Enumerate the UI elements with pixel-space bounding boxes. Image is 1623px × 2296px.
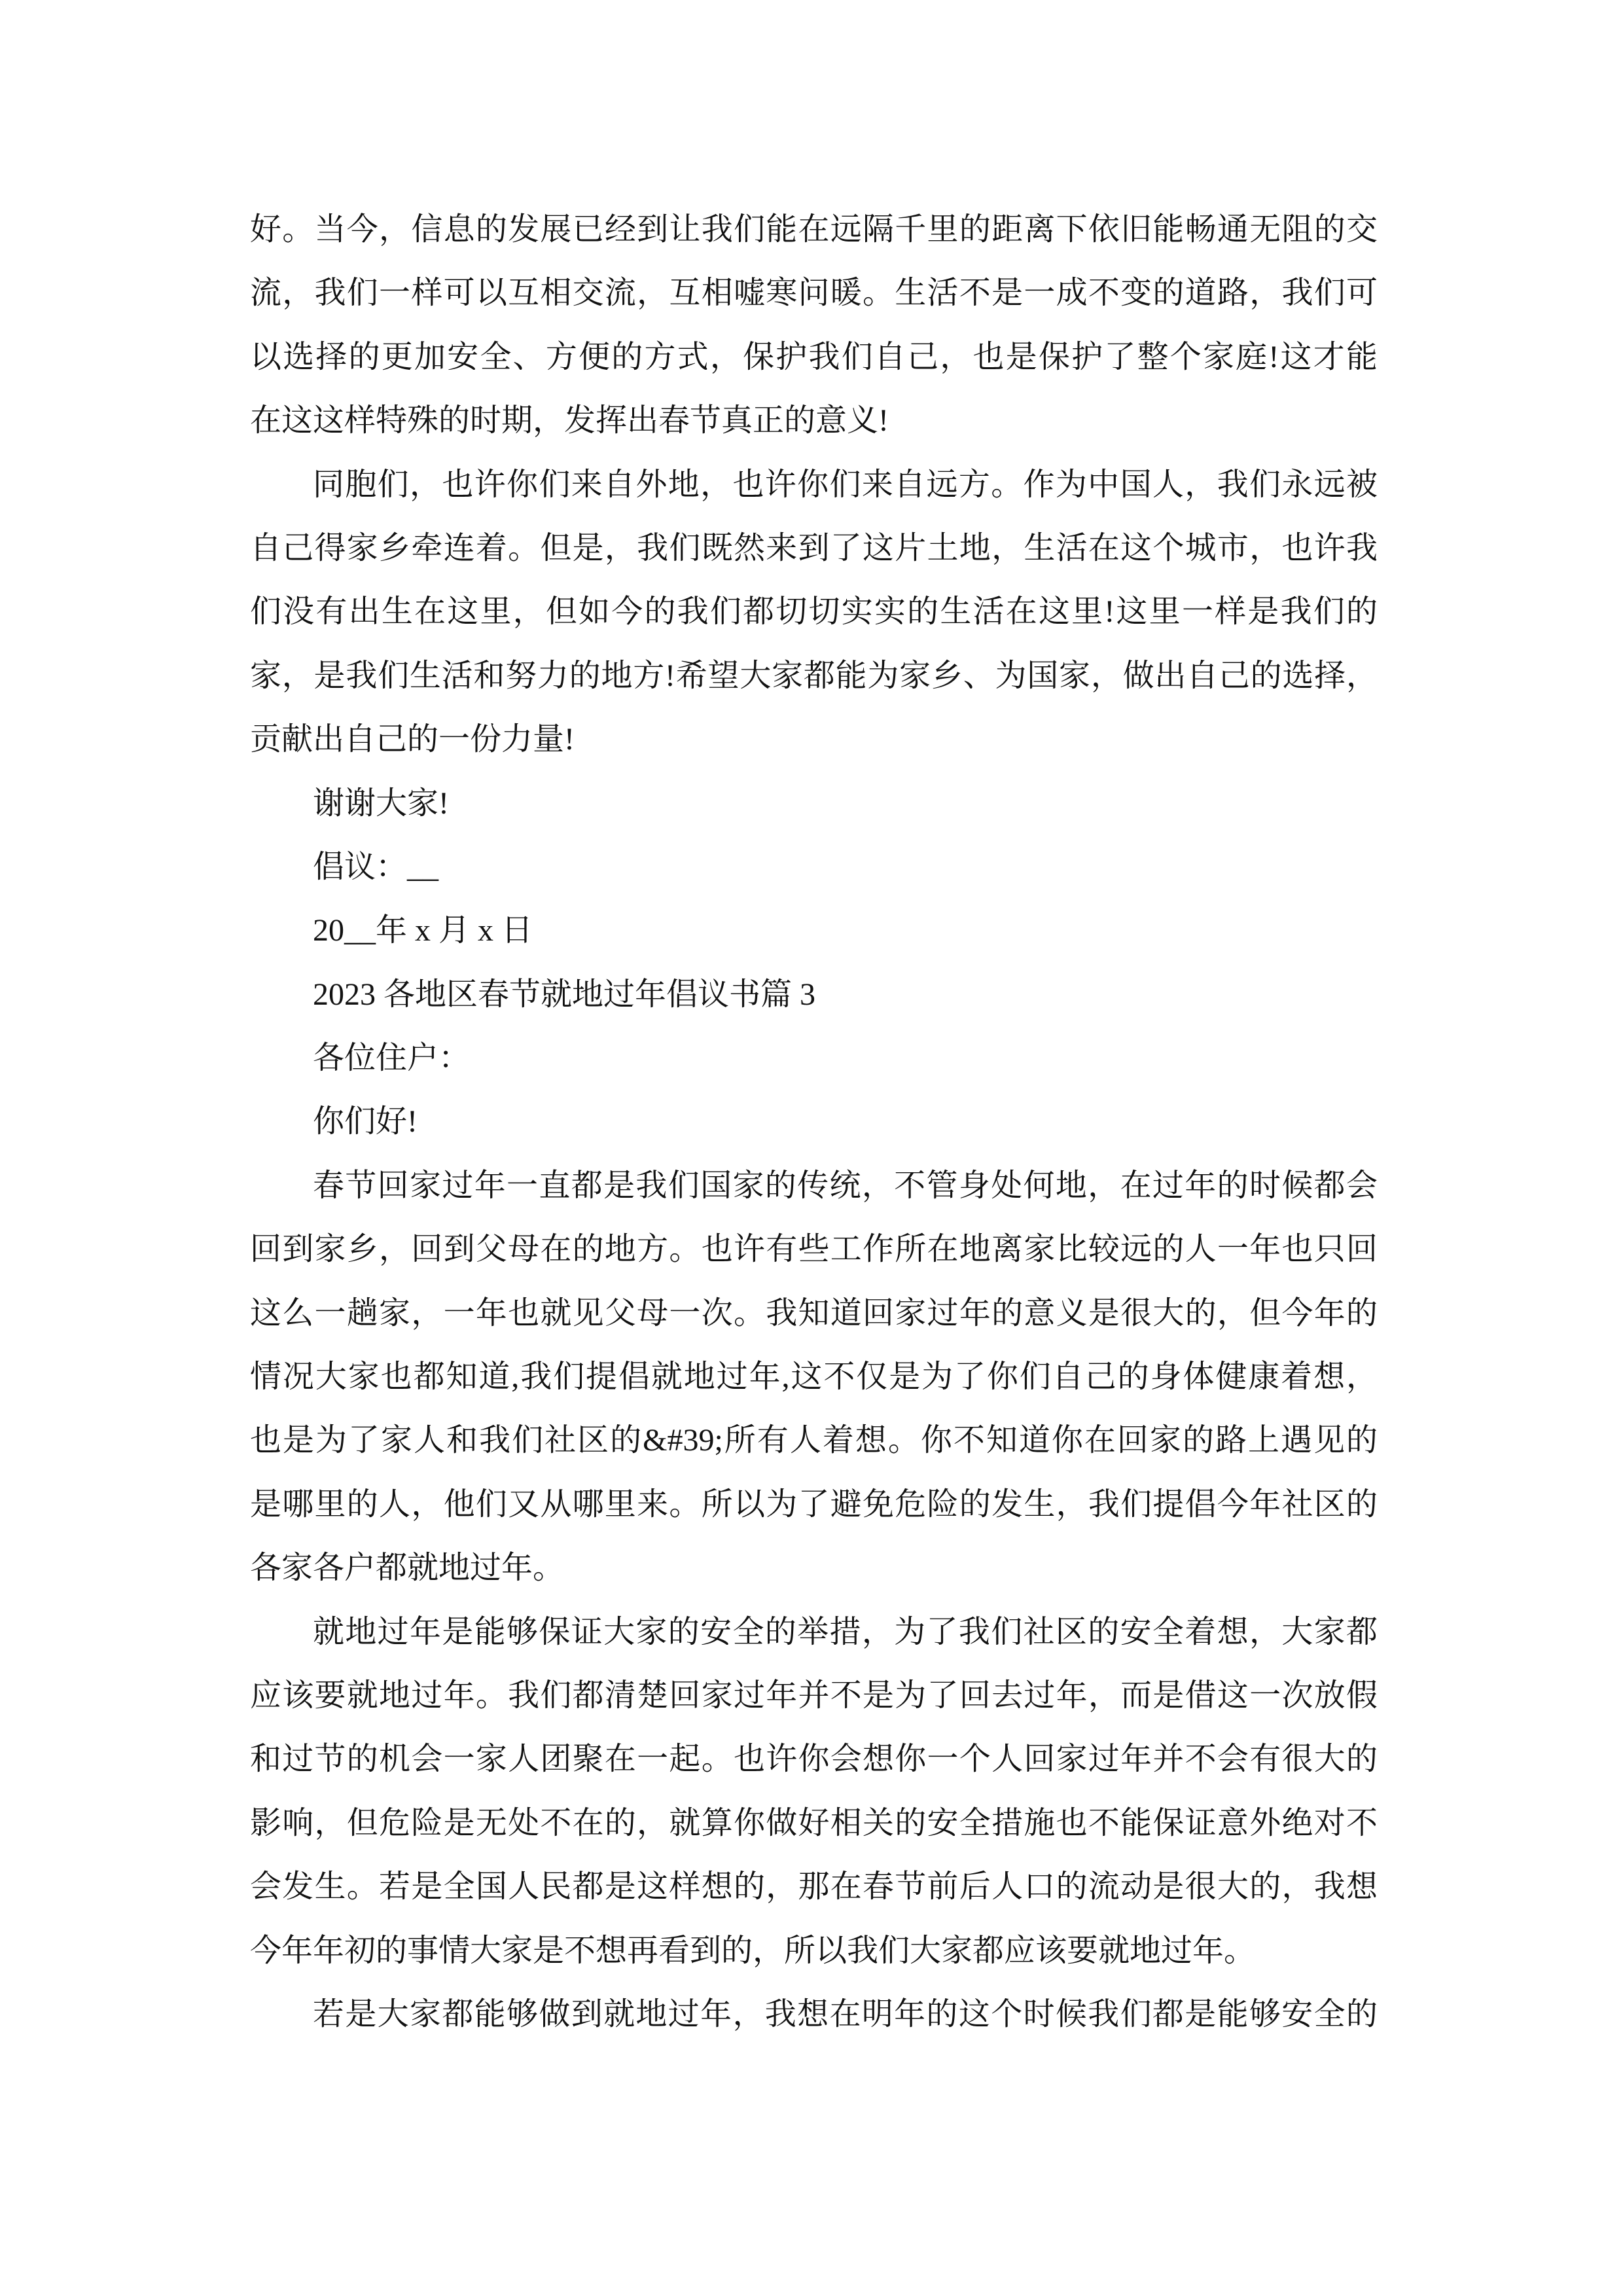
paragraph-line: 若是大家都能够做到就地过年，我想在明年的这个时候我们都是能够安全的 [250,1982,1378,2046]
greeting: 你们好! [250,1090,1378,1153]
document-text-block: 好。当今，信息的发展已经到让我们能在远隔千里的距离下依旧能畅通无阻的交 流，我们… [250,198,1378,2046]
paragraph-line: 回到家乡，回到父母在的地方。也许有些工作所在地离家比较远的人一年也只回 [250,1217,1378,1281]
thanks-text: 谢谢大家! [250,772,1378,835]
paragraph-line: 也是为了家人和我们社区的&#39;所有人着想。你不知道你在回家的路上遇见的 [250,1408,1378,1472]
salutation: 各位住户： [250,1026,1378,1090]
paragraph-line: 这么一趟家，一年也就见父母一次。我知道回家过年的意义是很大的，但今年的 [250,1282,1378,1345]
paragraph-line: 在这这样特殊的时期，发挥出春节真正的意义! [250,389,1378,452]
date-text: 20__年 x 月 x 日 [250,899,1378,962]
section-heading: 2023 各地区春节就地过年倡议书篇 3 [250,963,1378,1026]
paragraph-line: 家，是我们生活和努力的地方!希望大家都能为家乡、为国家，做出自己的选择， [250,644,1378,708]
paragraph-line: 同胞们，也许你们来自外地，也许你们来自远方。作为中国人，我们永远被 [250,453,1378,516]
paragraph-line: 贡献出自己的一份力量! [250,708,1378,771]
document-page: 好。当今，信息的发展已经到让我们能在远隔千里的距离下依旧能畅通无阻的交 流，我们… [0,0,1623,2296]
paragraph-line: 是哪里的人，他们又从哪里来。所以为了避免危险的发生，我们提倡今年社区的 [250,1473,1378,1536]
paragraph-line: 就地过年是能够保证大家的安全的举措，为了我们社区的安全着想，大家都 [250,1600,1378,1664]
paragraph-line: 们没有出生在这里，但如今的我们都切切实实的生活在这里!这里一样是我们的 [250,580,1378,643]
paragraph-line: 和过节的机会一家人团聚在一起。也许你会想你一个人回家过年并不会有很大的 [250,1727,1378,1791]
paragraph-line: 各家各户都就地过年。 [250,1536,1378,1600]
paragraph-line: 好。当今，信息的发展已经到让我们能在远隔千里的距离下依旧能畅通无阻的交 [250,198,1378,261]
paragraph-line: 今年年初的事情大家是不想再看到的，所以我们大家都应该要就地过年。 [250,1919,1378,1982]
paragraph-line: 会发生。若是全国人民都是这样想的，那在春节前后人口的流动是很大的，我想 [250,1855,1378,1918]
paragraph-line: 春节回家过年一直都是我们国家的传统，不管身处何地，在过年的时候都会 [250,1154,1378,1217]
paragraph-line: 流，我们一样可以互相交流，互相嘘寒问暖。生活不是一成不变的道路，我们可 [250,261,1378,325]
paragraph-line: 以选择的更加安全、方便的方式，保护我们自己，也是保护了整个家庭!这才能 [250,325,1378,389]
paragraph-line: 自己得家乡牵连着。但是，我们既然来到了这片土地，生活在这个城市，也许我 [250,516,1378,580]
proposer-signature: 倡议：__ [250,835,1378,899]
paragraph-line: 影响，但危险是无处不在的，就算你做好相关的安全措施也不能保证意外绝对不 [250,1791,1378,1855]
paragraph-line: 情况大家也都知道,我们提倡就地过年,这不仅是为了你们自己的身体健康着想， [250,1345,1378,1408]
paragraph-line: 应该要就地过年。我们都清楚回家过年并不是为了回去过年，而是借这一次放假 [250,1664,1378,1727]
